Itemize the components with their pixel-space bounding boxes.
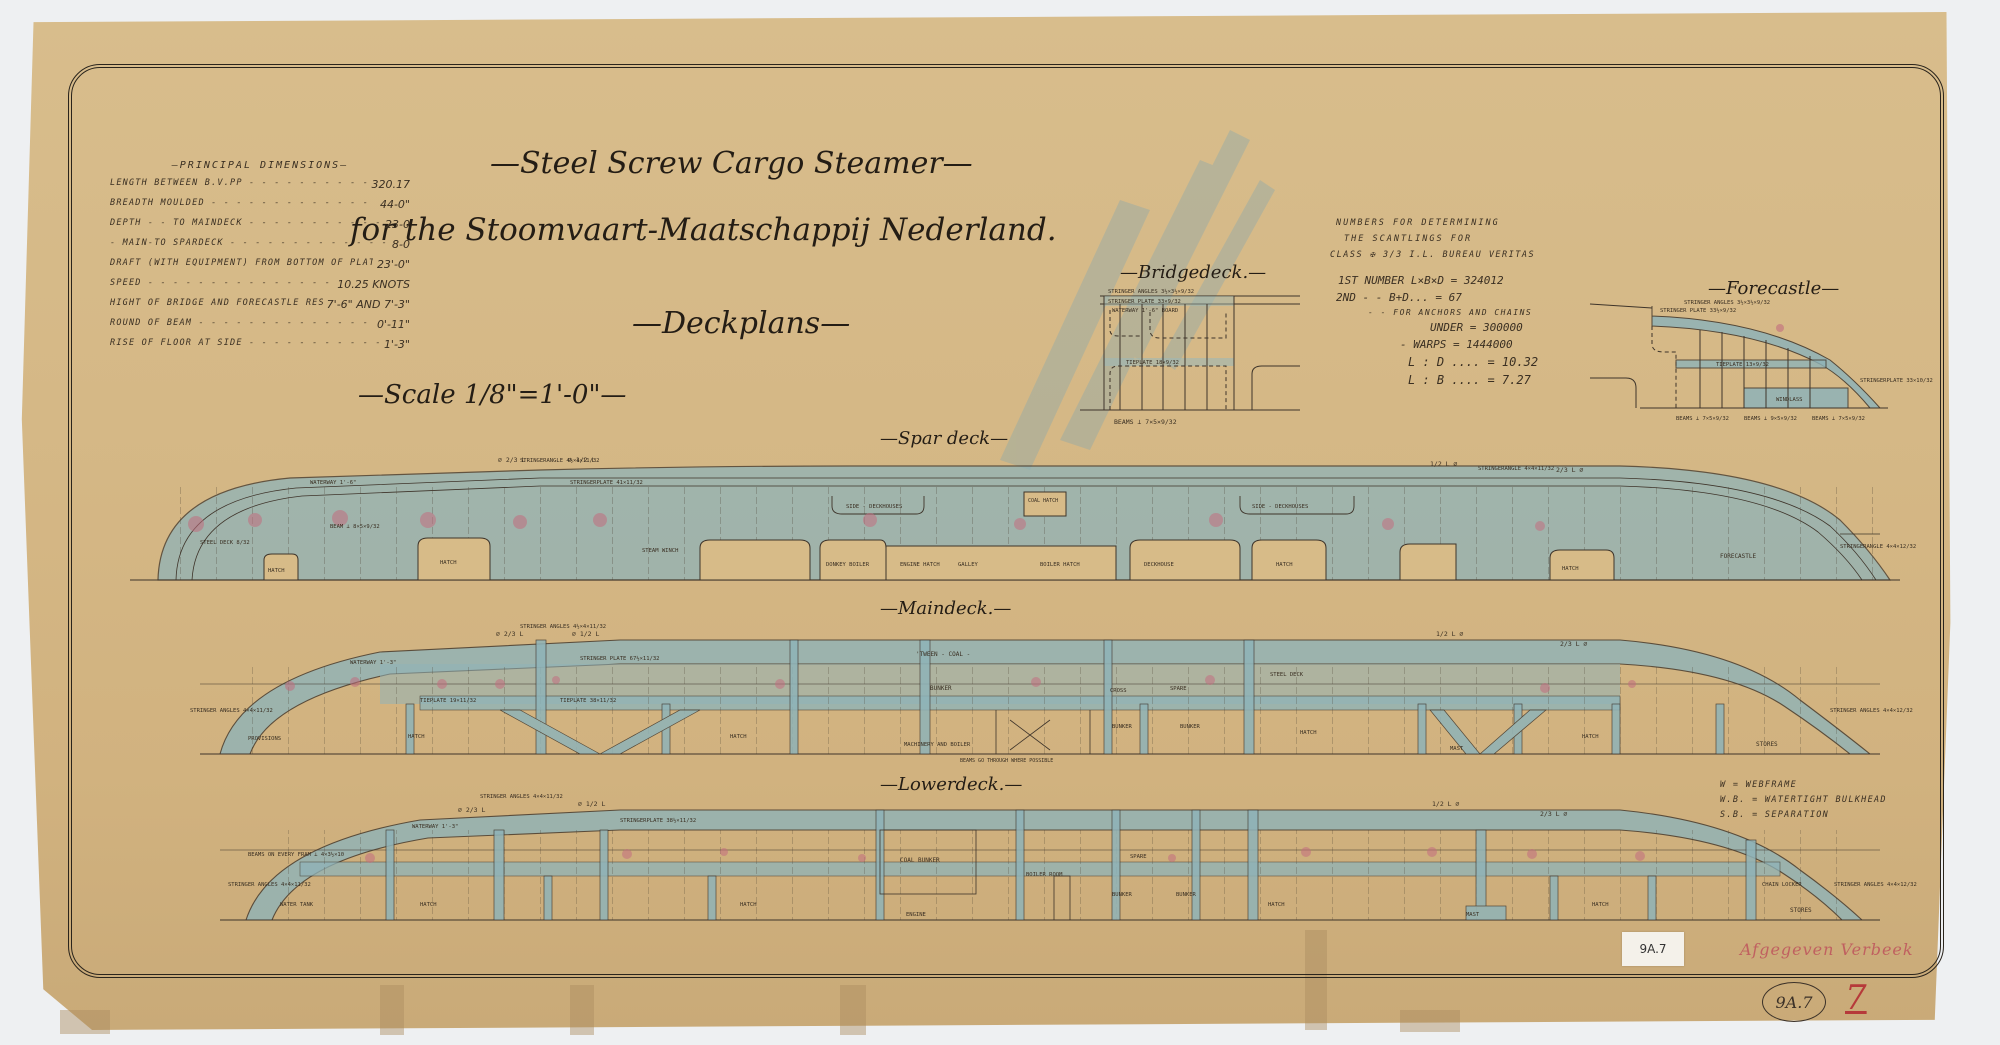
red-signature: Afgegeven Verbeek xyxy=(1740,940,1914,959)
maindeck-plan xyxy=(200,640,1880,754)
forecastle-windlass-label: WINDLASS xyxy=(1776,397,1803,403)
spardeck-coal-hatch: COAL HATCH xyxy=(1028,498,1058,504)
lowerdeck-stringer-angles-aft: STRINGER ANGLES 4×4×11/32 xyxy=(228,882,311,888)
spardeck-hatch: HATCH xyxy=(268,568,285,574)
bridgedeck-stringer-plate-label: STRINGER PLATE 33×9/32 xyxy=(1108,299,1181,305)
lowerdeck-hatch: HATCH xyxy=(420,902,437,908)
spardeck-engine-hatch: ENGINE HATCH xyxy=(900,562,940,568)
maindeck-steel-deck: STEEL DECK xyxy=(1270,672,1304,678)
lowerdeck-title: —Lowerdeck.— xyxy=(880,774,1022,795)
lowerdeck-hatch: HATCH xyxy=(1592,902,1609,908)
maindeck-hatch: HATCH xyxy=(408,734,425,740)
lowerdeck-quarter-mark: ⌀ 2/3 L xyxy=(458,806,485,814)
maindeck-quarter-mark: ⌀ 2/3 L xyxy=(496,630,523,638)
maindeck-quarter-mark: ⌀ 1/2 L xyxy=(572,630,599,638)
spardeck-galley: GALLEY xyxy=(958,562,979,568)
spardeck-side-deckhouses: SIDE - DECKHOUSES xyxy=(846,504,902,510)
maindeck-bunker: BUNKER xyxy=(1112,724,1133,730)
lowerdeck-quarter-mark: ⌀ 1/2 L xyxy=(578,800,605,808)
maindeck-hatch: HATCH xyxy=(730,734,747,740)
maindeck-title: —Maindeck.— xyxy=(880,598,1011,619)
forecastle-stringer-angles-label: STRINGER ANGLES 3½×3½×9/32 xyxy=(1684,299,1770,306)
forecastle-stringer-plate-label: STRINGER PLATE 33½×9/32 xyxy=(1660,307,1736,314)
maindeck-cross: CROSS xyxy=(1110,688,1127,694)
maindeck-waterway: WATERWAY 1'-3" xyxy=(350,660,396,666)
lowerdeck-hatch: HATCH xyxy=(740,902,757,908)
forecastle-stringer-plate-end-label: STRINGERPLATE 33×10/32 xyxy=(1860,378,1933,384)
maindeck-hatch: HATCH xyxy=(1582,734,1599,740)
bridgedeck-beams-label: BEAMS ⊥ 7×5×9/32 xyxy=(1114,418,1177,426)
maindeck-quarter-mark: 1/2 L ⌀ xyxy=(1436,630,1463,638)
spardeck-plan xyxy=(130,466,1900,580)
lowerdeck-stringer-angles-mid: STRINGER ANGLES 4×4×11/32 xyxy=(480,794,563,800)
spardeck-waterway: WATERWAY 1'-6" xyxy=(310,480,356,486)
maindeck-mast: MAST xyxy=(1450,746,1464,752)
spardeck-steel-deck: STEEL DECK 8/32 xyxy=(200,540,250,546)
lowerdeck-beams-every-frame: BEAMS ON EVERY FRAM ⊥ 4×3½×10 xyxy=(248,851,344,858)
maindeck-stringer-angles-mid: STRINGER ANGLES 4½×4×11/32 xyxy=(520,623,606,630)
maindeck-spare: SPARE xyxy=(1170,686,1187,692)
lowerdeck-water-tank: WATER TANK xyxy=(280,902,314,908)
deck-plans-drawing: —Bridgedeck.— STRINGER ANGLES 3½×3½×9/32… xyxy=(0,0,2000,1045)
maindeck-stringer-angles-end: STRINGER ANGLES 4×4×12/32 xyxy=(1830,708,1913,714)
maindeck-bunker: BUNKER xyxy=(1180,724,1201,730)
forecastle-beams-label: BEAMS ⊥ 7×5×9/32 xyxy=(1676,416,1729,422)
spardeck-deckhouse: DECKHOUSE xyxy=(1144,562,1174,568)
spardeck-quarter-mark: 1/2 L ⌀ xyxy=(1430,460,1457,468)
lowerdeck-boiler-room: BOILER ROOM xyxy=(1026,872,1063,878)
bridgedeck-tieplate-label: TIEPLATE 18×9/32 xyxy=(1126,360,1179,366)
maindeck-tween-coal: 'TWEEN - COAL - xyxy=(916,651,970,658)
lowerdeck-plan xyxy=(220,810,1880,920)
maindeck-bunker: BUNKER xyxy=(930,685,952,692)
archive-stamp: 9A.7 xyxy=(1762,982,1826,1022)
lowerdeck-chain-locker: CHAIN LOCKER xyxy=(1762,882,1802,888)
spardeck-hatch: HATCH xyxy=(1276,562,1293,568)
lowerdeck-bunker: BUNKER xyxy=(1112,892,1133,898)
lowerdeck-engine: ENGINE xyxy=(906,912,926,918)
spardeck-stringer-angle-end: STRINGERANGLE 4×4×12/32 xyxy=(1840,544,1916,550)
lowerdeck-hatch: HATCH xyxy=(1268,902,1285,908)
lowerdeck-stringer-plate: STRINGERPLATE 38½×11/32 xyxy=(620,817,696,824)
spardeck-boiler-hatch: BOILER HATCH xyxy=(1040,562,1080,568)
lowerdeck-waterway: WATERWAY 1'-3" xyxy=(412,824,458,830)
lowerdeck-mast: MAST xyxy=(1466,912,1480,918)
maindeck-stringer-plate-mid: STRINGER PLATE 67½×11/32 xyxy=(580,655,659,662)
archive-label-card: 9A.7 xyxy=(1622,932,1684,966)
spardeck-steam-winch: STEAM WINCH xyxy=(642,548,678,554)
spardeck-hatch: HATCH xyxy=(440,560,457,566)
spardeck-stringer-angle-fwd: STRINGERANGLE 4×4×11/32 xyxy=(1478,466,1554,472)
maindeck-tieplate: TIEPLATE 19×11/32 xyxy=(420,698,476,704)
maindeck-beams-through: BEAMS GO THROUGH WHERE POSSIBLE xyxy=(960,758,1053,764)
abbreviation-legend: W = WEBFRAME W.B. = WATERTIGHT BULKHEAD … xyxy=(1720,778,1887,823)
lowerdeck-stores: STORES xyxy=(1790,907,1812,914)
forecastle-plan xyxy=(1590,304,1888,408)
maindeck-stores: STORES xyxy=(1756,741,1778,748)
maindeck-provisions: PROVISIONS xyxy=(248,736,281,742)
forecastle-beams-label: BEAMS ⊥ 9×5×9/32 xyxy=(1744,416,1797,422)
spardeck-hatch: HATCH xyxy=(1562,566,1579,572)
lowerdeck-stringer-angles-end: STRINGER ANGLES 4×4×12/32 xyxy=(1834,882,1917,888)
forecastle-tieplate-label: TIEPLATE 13×9/32 xyxy=(1716,362,1769,368)
spardeck-beam: BEAM ⊥ 8×5×9/32 xyxy=(330,524,380,530)
bridgedeck-title: —Bridgedeck.— xyxy=(1120,262,1266,283)
spardeck-donkey-boiler: DONKEY BOILER xyxy=(826,562,870,568)
lowerdeck-coal-bunker: COAL BUNKER xyxy=(900,857,940,864)
bridgedeck-waterway-label: WATERWAY 1'-6" BOARD xyxy=(1112,308,1178,314)
spardeck-quarter-mark: 2/3 L ⌀ xyxy=(1556,466,1583,474)
maindeck-tieplate: TIEPLATE 38×11/32 xyxy=(560,698,616,704)
maindeck-stringer-angles-aft: STRINGER ANGLES 4×4×11/32 xyxy=(190,708,273,714)
lowerdeck-quarter-mark: 1/2 L ⌀ xyxy=(1432,800,1459,808)
forecastle-title: —Forecastle— xyxy=(1708,278,1839,299)
spardeck-stringer-plate-mid: STRINGERPLATE 41×11/32 xyxy=(570,480,643,486)
maindeck-hatch: HATCH xyxy=(1300,730,1317,736)
red-sheet-number: 7 xyxy=(1845,978,1867,1018)
maindeck-quarter-mark: 2/3 L ⌀ xyxy=(1560,640,1587,648)
lowerdeck-bunker: BUNKER xyxy=(1176,892,1197,898)
lowerdeck-quarter-mark: 2/3 L ⌀ xyxy=(1540,810,1567,818)
forecastle-beams-label: BEAMS ⊥ 7×5×9/32 xyxy=(1812,416,1865,422)
lowerdeck-spare: SPARE xyxy=(1130,854,1147,860)
spardeck-side-deckhouses: SIDE - DECKHOUSES xyxy=(1252,504,1308,510)
spardeck-stringer-angle-mid: STRINGERANGLE 4½×4×11/32 xyxy=(520,457,599,464)
maindeck-machinery: MACHINERY AND BOILER xyxy=(904,742,971,748)
bridgedeck-stringer-angle-label: STRINGER ANGLES 3½×3½×9/32 xyxy=(1108,288,1194,295)
spardeck-title: —Spar deck— xyxy=(880,428,1008,449)
spardeck-forecastle: FORECASTLE xyxy=(1720,553,1757,560)
